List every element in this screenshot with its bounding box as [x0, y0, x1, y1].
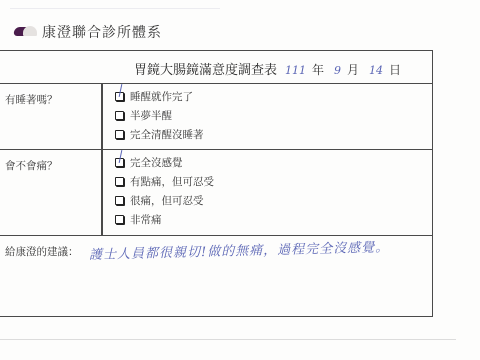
clinic-brand: 康澄聯合診所體系: [14, 22, 162, 42]
checkbox-icon[interactable]: [115, 111, 124, 120]
checkbox-icon[interactable]: [115, 130, 124, 139]
fan-shell-logo-icon: [14, 26, 38, 38]
option-label: 非常痛: [130, 212, 162, 227]
option-item[interactable]: 非常痛: [115, 213, 214, 226]
date-month-value[interactable]: 9: [334, 64, 341, 77]
option-item[interactable]: 有點痛，但可忍受: [115, 175, 214, 188]
survey-table: 胃鏡大腸鏡滿意度調查表 111 年 9 月 14 日 有睡著嗎？ 睡醒就作完了: [0, 50, 433, 317]
question-row-sleep: 有睡著嗎？ 睡醒就作完了 半夢半醒 完全清醒沒睡著: [0, 84, 432, 150]
checkbox-icon[interactable]: [115, 196, 124, 205]
checkbox-checked-icon[interactable]: [115, 158, 124, 167]
date-year-unit: 年: [312, 61, 324, 78]
date-day-unit: 日: [389, 61, 401, 78]
option-label: 完全沒感覺: [130, 155, 183, 170]
form-title-line: 胃鏡大腸鏡滿意度調查表 111 年 9 月 14 日: [134, 59, 411, 78]
date-day-value[interactable]: 14: [369, 64, 383, 77]
clinic-name: 康澄聯合診所體系: [42, 22, 162, 42]
column-divider: [101, 150, 103, 235]
scan-artifact-line: [0, 339, 456, 340]
checkbox-icon[interactable]: [115, 177, 124, 186]
checkbox-icon[interactable]: [115, 215, 124, 224]
date-month-unit: 月: [347, 61, 359, 78]
form-date: 111 年 9 月 14 日: [285, 61, 411, 78]
form-title: 胃鏡大腸鏡滿意度調查表: [134, 59, 277, 78]
question-row-pain: 會不會痛？ 完全沒感覺 有點痛，但可忍受 很痛，但可忍受 非常痛: [0, 150, 432, 236]
option-label: 半夢半醒: [130, 108, 172, 123]
option-item[interactable]: 半夢半醒: [115, 109, 204, 122]
option-list: 睡醒就作完了 半夢半醒 完全清醒沒睡著: [115, 90, 204, 141]
option-item[interactable]: 睡醒就作完了: [115, 90, 204, 103]
suggestion-handwritten-text[interactable]: 護士人員都很親切!做的無痛，過程完全沒感覺。: [89, 236, 390, 263]
column-divider: [101, 84, 103, 149]
suggestion-section: 給康澄的建議： 護士人員都很親切!做的無痛，過程完全沒感覺。: [0, 236, 432, 316]
date-year-value[interactable]: 111: [285, 64, 306, 77]
option-item[interactable]: 完全清醒沒睡著: [115, 128, 204, 141]
checkbox-checked-icon[interactable]: [115, 92, 124, 101]
option-item[interactable]: 完全沒感覺: [115, 156, 214, 169]
option-item[interactable]: 很痛，但可忍受: [115, 194, 214, 207]
suggestion-label: 給康澄的建議：: [5, 244, 79, 259]
option-label: 有點痛，但可忍受: [130, 174, 214, 189]
option-label: 完全清醒沒睡著: [130, 127, 204, 142]
scan-artifact-line: [10, 8, 220, 9]
option-label: 睡醒就作完了: [130, 89, 193, 104]
survey-form-scan: 康澄聯合診所體系 胃鏡大腸鏡滿意度調查表 111 年 9 月 14 日 有睡著嗎…: [0, 0, 480, 360]
question-label: 有睡著嗎？: [5, 92, 58, 107]
option-list: 完全沒感覺 有點痛，但可忍受 很痛，但可忍受 非常痛: [115, 156, 214, 226]
option-label: 很痛，但可忍受: [130, 193, 204, 208]
question-label: 會不會痛？: [5, 158, 58, 173]
form-header: 胃鏡大腸鏡滿意度調查表 111 年 9 月 14 日: [0, 51, 432, 84]
